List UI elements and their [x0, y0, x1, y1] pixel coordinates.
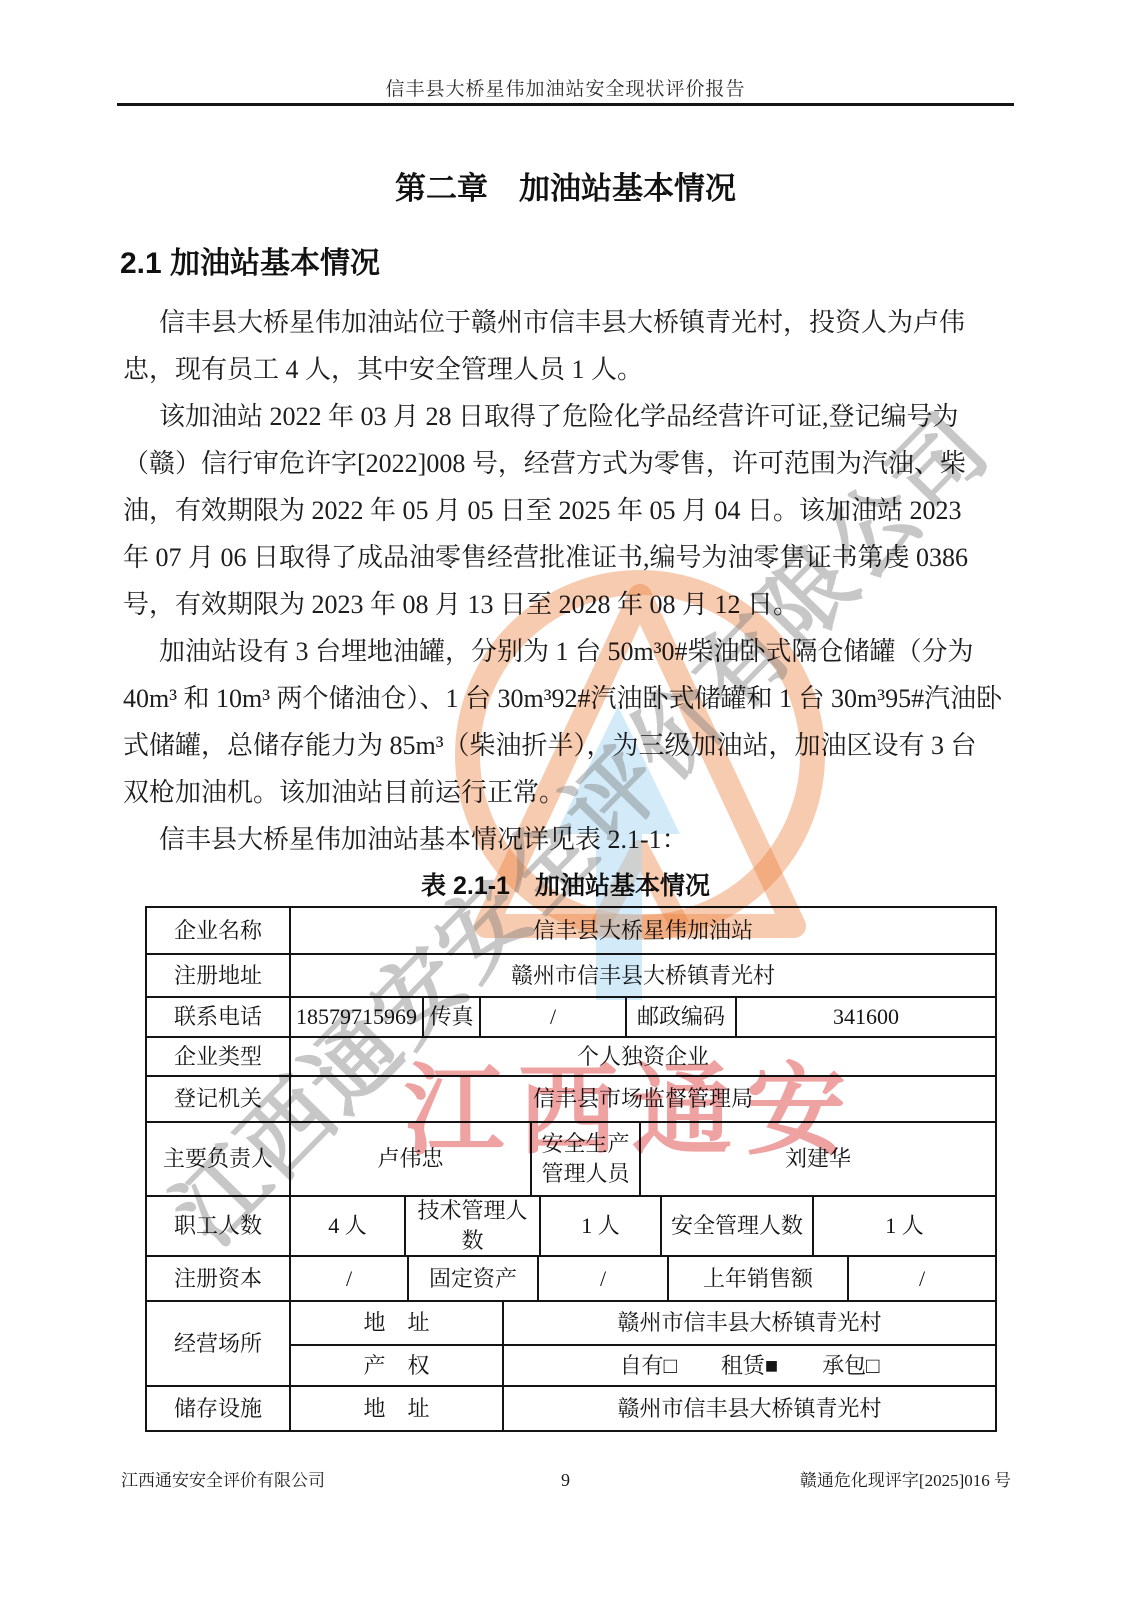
body-line: 该加油站 2022 年 03 月 28 日取得了危险化学品经营许可证,登记编号为 — [123, 393, 1008, 440]
row-label: 注册地址 — [147, 955, 289, 996]
table-row: 主要负责人 卢伟忠 安全生产管理人员 刘建华 — [147, 1121, 995, 1195]
row-label: 经营场所 — [147, 1302, 289, 1385]
row-label: 联系电话 — [147, 998, 289, 1036]
cell-label-fax: 传真 — [422, 998, 479, 1036]
body-line: 信丰县大桥星伟加油站基本情况详见表 2.1-1： — [123, 816, 1008, 863]
row-label: 登记机关 — [147, 1077, 289, 1121]
cell-label-tech-staff: 技术管理人数 — [404, 1197, 539, 1255]
sub-row: 地 址 赣州市信丰县大桥镇青光村 — [289, 1302, 995, 1344]
cell-label-address: 地 址 — [289, 1387, 502, 1430]
body-line: 加油站设有 3 台埋地油罐，分别为 1 台 50m³0#柴油卧式隔仓储罐（分为 — [123, 628, 1008, 675]
cell-phone: 18579715969 — [289, 998, 422, 1036]
cell-postcode: 341600 — [735, 998, 995, 1036]
cell-safety-manager-name: 刘建华 — [639, 1123, 995, 1195]
cell-principal-name: 卢伟忠 — [289, 1123, 530, 1195]
body-line: 40m³ 和 10m³ 两个储油仓）、1 台 30m³92#汽油卧式储罐和 1 … — [123, 675, 1008, 722]
cell-label-sales: 上年销售额 — [667, 1257, 847, 1300]
running-header-title: 信丰县大桥星伟加油站安全现状评价报告 — [0, 74, 1131, 101]
table-row: 职工人数 4 人 技术管理人数 1 人 安全管理人数 1 人 — [147, 1195, 995, 1255]
table-row-group: 经营场所 地 址 赣州市信丰县大桥镇青光村 产 权 自有□ 租赁■ 承包□ — [147, 1300, 995, 1385]
table-row: 注册资本 / 固定资产 / 上年销售额 / — [147, 1255, 995, 1300]
table-row: 企业类型 个人独资企业 — [147, 1036, 995, 1075]
cell-value: 信丰县市场监督管理局 — [289, 1077, 995, 1121]
body-line: 双枪加油机。该加油站目前运行正常。 — [123, 769, 1008, 816]
table-row: 联系电话 18579715969 传真 / 邮政编码 341600 — [147, 996, 995, 1036]
basic-info-table: 企业名称 信丰县大桥星伟加油站 注册地址 赣州市信丰县大桥镇青光村 联系电话 1… — [145, 906, 997, 1432]
row-label: 企业类型 — [147, 1038, 289, 1075]
table-row: 储存设施 地 址 赣州市信丰县大桥镇青光村 — [147, 1385, 995, 1430]
body-line: 式储罐，总储存能力为 85m³（柴油折半），为三级加油站，加油区设有 3 台 — [123, 722, 1008, 769]
cell-tech-count: 1 人 — [539, 1197, 660, 1255]
body-line: 信丰县大桥星伟加油站位于赣州市信丰县大桥镇青光村，投资人为卢伟 — [123, 299, 1008, 346]
header-rule — [117, 103, 1014, 106]
cell-label-ownership: 产 权 — [289, 1346, 502, 1385]
cell-value: 赣州市信丰县大桥镇青光村 — [289, 955, 995, 996]
cell-address: 赣州市信丰县大桥镇青光村 — [502, 1387, 995, 1430]
body-line: 号，有效期限为 2023 年 08 月 13 日至 2028 年 08 月 12… — [123, 581, 1008, 628]
cell-label-address: 地 址 — [289, 1302, 502, 1344]
cell-address: 赣州市信丰县大桥镇青光村 — [502, 1302, 995, 1344]
cell-ownership-checkboxes: 自有□ 租赁■ 承包□ — [502, 1346, 995, 1385]
row-label: 注册资本 — [147, 1257, 289, 1300]
cell-capital: / — [289, 1257, 407, 1300]
footer-doc-number: 赣通危化现评字[2025]016 号 — [800, 1466, 1011, 1491]
cell-sales: / — [847, 1257, 995, 1300]
table-row: 登记机关 信丰县市场监督管理局 — [147, 1075, 995, 1121]
cell-label-fixed-assets: 固定资产 — [407, 1257, 537, 1300]
cell-value: 信丰县大桥星伟加油站 — [289, 908, 995, 953]
table-row: 企业名称 信丰县大桥星伟加油站 — [147, 908, 995, 953]
row-label: 企业名称 — [147, 908, 289, 953]
section-title: 2.1 加油站基本情况 — [120, 238, 380, 282]
cell-safety-count: 1 人 — [812, 1197, 995, 1255]
body-text: 信丰县大桥星伟加油站位于赣州市信丰县大桥镇青光村，投资人为卢伟 忠，现有员工 4… — [123, 299, 1008, 863]
table-caption: 表 2.1-1 加油站基本情况 — [0, 866, 1131, 902]
row-label: 主要负责人 — [147, 1123, 289, 1195]
cell-fax: / — [479, 998, 625, 1036]
cell-label-postcode: 邮政编码 — [625, 998, 735, 1036]
report-page: 信丰县大桥星伟加油站安全现状评价报告 第二章 加油站基本情况 2.1 加油站基本… — [0, 0, 1131, 1600]
body-line: 年 07 月 06 日取得了成品油零售经营批准证书,编号为油零售证书第虔 038… — [123, 534, 1008, 581]
cell-value: 个人独资企业 — [289, 1038, 995, 1075]
chapter-title: 第二章 加油站基本情况 — [0, 163, 1131, 208]
sub-row: 产 权 自有□ 租赁■ 承包□ — [289, 1344, 995, 1385]
body-line: （赣）信行审危许字[2022]008 号，经营方式为零售，许可范围为汽油、柴 — [123, 440, 1008, 487]
row-label: 储存设施 — [147, 1387, 289, 1430]
body-line: 忠，现有员工 4 人，其中安全管理人员 1 人。 — [123, 346, 1008, 393]
body-line: 油，有效期限为 2022 年 05 月 05 日至 2025 年 05 月 04… — [123, 487, 1008, 534]
cell-fixed-assets: / — [537, 1257, 667, 1300]
row-label: 职工人数 — [147, 1197, 289, 1255]
cell-staff-count: 4 人 — [289, 1197, 404, 1255]
cell-label-safety-staff: 安全管理人数 — [660, 1197, 812, 1255]
table-row: 注册地址 赣州市信丰县大桥镇青光村 — [147, 953, 995, 996]
cell-label-safety-manager: 安全生产管理人员 — [530, 1123, 639, 1195]
